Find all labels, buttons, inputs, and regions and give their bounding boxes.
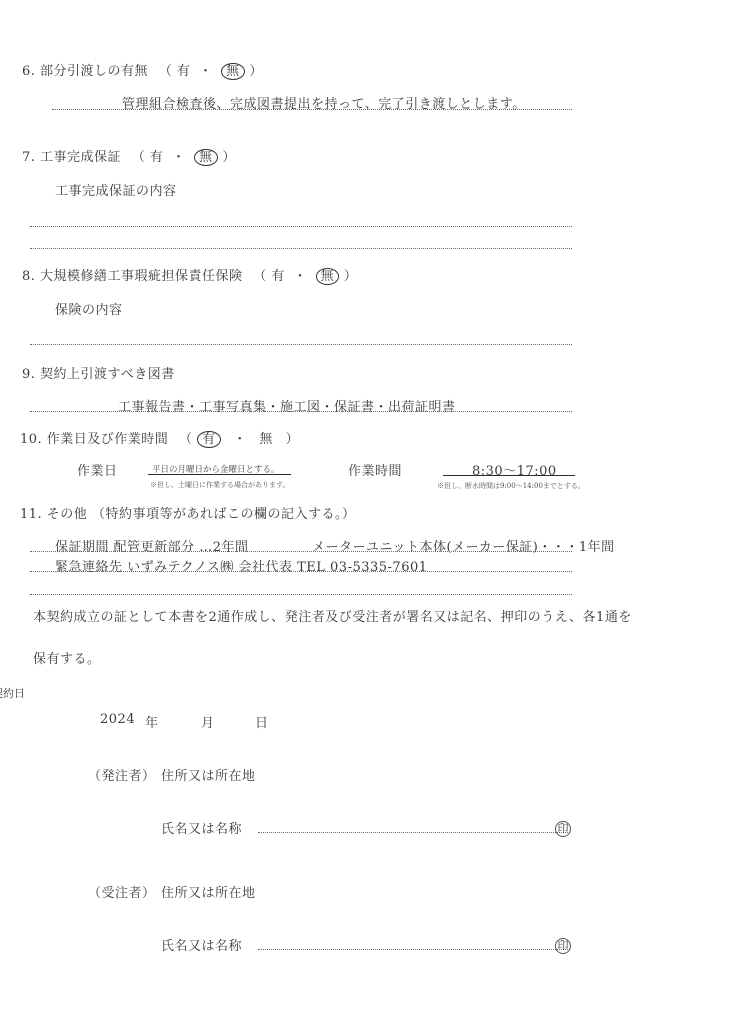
option-separator: ・ bbox=[233, 432, 247, 447]
seal-mark: 印 bbox=[555, 938, 571, 954]
section-10-heading: 10. 作業日及び作業時間 （ 有 ・ 無 ） bbox=[20, 428, 299, 448]
section-11-fill-line-2 bbox=[30, 571, 572, 572]
option-separator: ・ bbox=[199, 64, 213, 79]
orderer-address-label: 住所又は所在地 bbox=[161, 765, 256, 784]
paren-close: ） bbox=[286, 432, 300, 447]
section-11-fill-line-1 bbox=[30, 551, 572, 552]
section-7-fill-line-2[interactable] bbox=[30, 248, 572, 249]
closing-line-2: 保有する。 bbox=[33, 648, 101, 667]
section-10-title: 10. 作業日及び作業時間 bbox=[20, 432, 168, 447]
workday-label: 作業日 bbox=[77, 460, 118, 479]
workday-note: ※但し、土曜日に作業する場合があります。 bbox=[150, 480, 289, 490]
section-7-heading: 7. 工事完成保証 （ 有 ・ 無 ） bbox=[22, 146, 236, 166]
section-9-title: 9. 契約上引渡すべき図書 bbox=[22, 363, 175, 382]
section-8-sub-label: 保険の内容 bbox=[55, 299, 123, 318]
contractor-address-label: 住所又は所在地 bbox=[161, 882, 256, 901]
worktime-value[interactable]: 8:30〜17:00 bbox=[472, 460, 557, 479]
orderer-name-label: 氏名又は名称 bbox=[161, 818, 242, 837]
contract-date-label: 契約日 bbox=[0, 685, 25, 701]
worktime-underline bbox=[443, 475, 575, 476]
paren-open: （ bbox=[159, 64, 173, 79]
option-separator: ・ bbox=[294, 269, 308, 284]
section-8-fill-line[interactable] bbox=[30, 344, 572, 345]
closing-line-1: 本契約成立の証として本書を2通作成し、発注者及び受注者が署名又は記名、押印のうえ… bbox=[33, 606, 632, 625]
section-11-line-1-left[interactable]: 保証期間 配管更新部分 …2年間 bbox=[55, 536, 249, 555]
option-separator: ・ bbox=[172, 150, 186, 165]
orderer-name-field[interactable] bbox=[258, 832, 570, 833]
section-8-title: 8. 大規模修繕工事瑕疵担保責任保険 bbox=[22, 269, 243, 284]
section-11-fill-line-3[interactable] bbox=[30, 594, 572, 595]
option-no-selected[interactable]: 無 bbox=[221, 63, 245, 80]
section-11-line-1-right[interactable]: メーターユニット本体(メーカー保証)・・・1年間 bbox=[312, 536, 615, 555]
section-6-fill-line bbox=[52, 109, 572, 110]
worktime-note: ※但し、断水時間は9:00〜14:00までとする。 bbox=[437, 481, 585, 491]
contract-date-year-unit: 年 bbox=[145, 712, 159, 731]
contractor-role: （受注者） bbox=[88, 882, 156, 901]
section-7-fill-line-1[interactable] bbox=[30, 226, 572, 227]
contractor-seal-icon: 印 bbox=[555, 934, 571, 954]
option-no-selected[interactable]: 無 bbox=[194, 149, 218, 166]
section-6-heading: 6. 部分引渡しの有無 （ 有 ・ 無 ） bbox=[22, 60, 263, 80]
paren-open: （ bbox=[132, 150, 146, 165]
option-no[interactable]: 無 bbox=[259, 432, 273, 447]
section-7-sub-label: 工事完成保証の内容 bbox=[55, 180, 177, 199]
option-yes[interactable]: 有 bbox=[177, 64, 191, 79]
section-7-title: 7. 工事完成保証 bbox=[22, 150, 121, 165]
worktime-label: 作業時間 bbox=[348, 460, 402, 479]
orderer-role: （発注者） bbox=[88, 765, 156, 784]
paren-open: （ bbox=[253, 269, 267, 284]
contract-date-day-unit: 日 bbox=[255, 712, 269, 731]
section-6-title: 6. 部分引渡しの有無 bbox=[22, 64, 148, 79]
option-yes[interactable]: 有 bbox=[150, 150, 164, 165]
option-yes-selected[interactable]: 有 bbox=[197, 431, 221, 448]
contract-date-month-unit: 月 bbox=[201, 712, 215, 731]
section-9-content[interactable]: 工事報告書・工事写真集・施工図・保証書・出荷証明書 bbox=[118, 396, 456, 415]
seal-mark: 印 bbox=[555, 821, 571, 837]
paren-close: ） bbox=[344, 269, 358, 284]
section-11-line-2[interactable]: 緊急連絡先 いずみテクノス㈱ 会社代表 TEL 03-5335-7601 bbox=[55, 556, 428, 575]
orderer-seal-icon: 印 bbox=[555, 817, 571, 837]
contract-date-year[interactable]: 2024 bbox=[100, 712, 135, 727]
contractor-name-field[interactable] bbox=[258, 949, 570, 950]
contractor-name-label: 氏名又は名称 bbox=[161, 935, 242, 954]
option-no-selected[interactable]: 無 bbox=[316, 268, 340, 285]
section-9-fill-line bbox=[30, 411, 572, 412]
section-11-title: 11. その他 （特約事項等があればこの欄の記入する。） bbox=[20, 503, 355, 522]
option-yes[interactable]: 有 bbox=[271, 269, 285, 284]
paren-open: （ bbox=[179, 432, 193, 447]
paren-close: ） bbox=[222, 150, 236, 165]
section-8-heading: 8. 大規模修繕工事瑕疵担保責任保険 （ 有 ・ 無 ） bbox=[22, 265, 357, 285]
paren-close: ） bbox=[249, 64, 263, 79]
workday-underline bbox=[148, 474, 291, 475]
